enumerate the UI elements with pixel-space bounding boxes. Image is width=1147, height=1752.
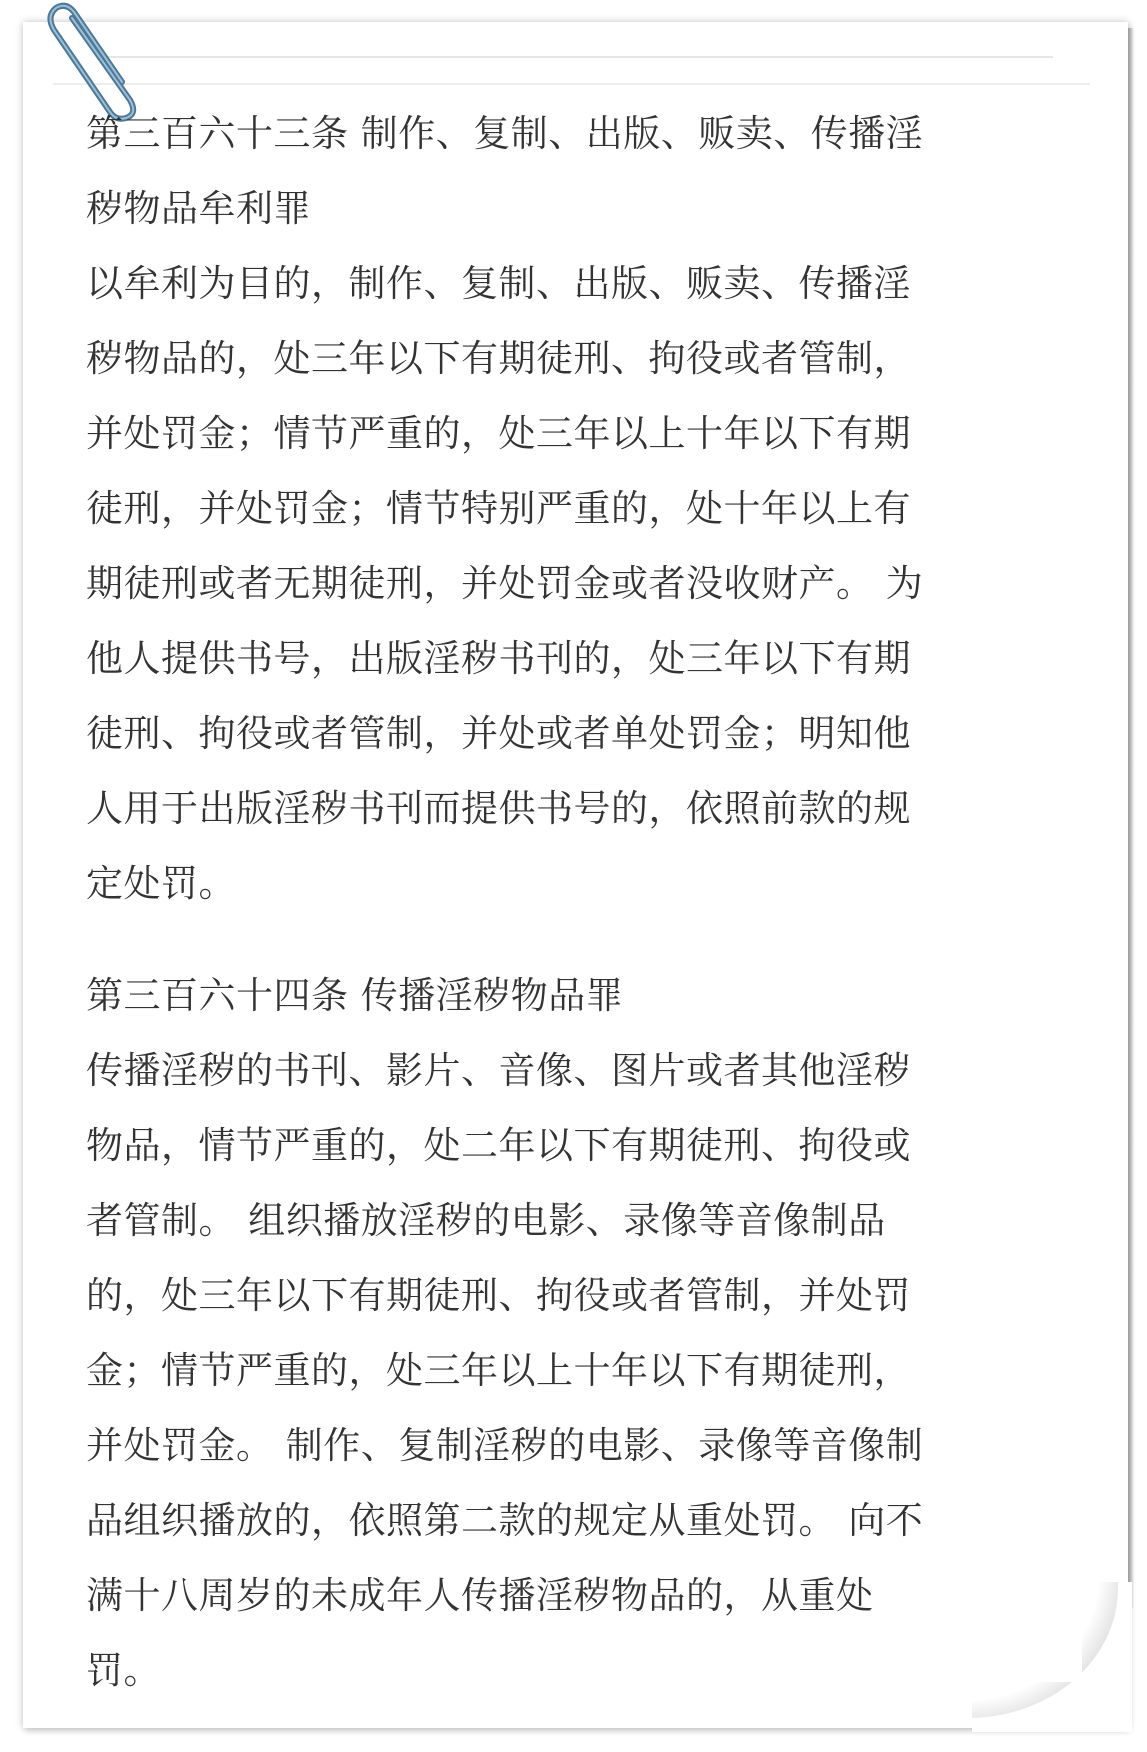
top-divider	[108, 56, 1053, 58]
article-body-line: 的，处三年以下有期徒刑、拘役或者管制，并处罚	[86, 1258, 1046, 1333]
article-364: 第三百六十四条 传播淫秽物品罪 传播淫秽的书刊、影片、音像、图片或者其他淫秽 物…	[86, 958, 1046, 1708]
article-body-line: 定处罚。	[86, 846, 1046, 921]
article-body-line: 者管制。 组织播放淫秽的电影、录像等音像制品	[86, 1183, 1046, 1258]
article-title: 第三百六十四条 传播淫秽物品罪	[86, 958, 1046, 1033]
second-divider	[53, 83, 1090, 85]
article-body-line: 传播淫秽的书刊、影片、音像、图片或者其他淫秽	[86, 1033, 1046, 1108]
article-body-line: 徒刑，并处罚金；情节特别严重的，处十年以上有	[86, 471, 1046, 546]
article-body-line: 人用于出版淫秽书刊而提供书号的，依照前款的规	[86, 771, 1046, 846]
article-title: 秽物品牟利罪	[86, 171, 1046, 246]
article-body-line: 金；情节严重的，处三年以上十年以下有期徒刑，	[86, 1333, 1046, 1408]
article-body-line: 并处罚金。 制作、复制淫秽的电影、录像等音像制	[86, 1408, 1046, 1483]
article-body-line: 他人提供书号，出版淫秽书刊的，处三年以下有期	[86, 621, 1046, 696]
article-body-line: 以牟利为目的，制作、复制、出版、贩卖、传播淫	[86, 246, 1046, 321]
paragraph-gap	[86, 921, 1046, 958]
article-body-line: 并处罚金；情节严重的，处三年以上十年以下有期	[86, 396, 1046, 471]
article-body-line: 满十八周岁的未成年人传播淫秽物品的，从重处	[86, 1558, 1046, 1633]
article-body-line: 徒刑、拘役或者管制，并处或者单处罚金；明知他	[86, 696, 1046, 771]
article-body-line: 罚。	[86, 1633, 1046, 1708]
article-body-line: 物品，情节严重的，处二年以下有期徒刑、拘役或	[86, 1108, 1046, 1183]
article-363: 第三百六十三条 制作、复制、出版、贩卖、传播淫 秽物品牟利罪 以牟利为目的，制作…	[86, 96, 1046, 921]
article-title: 第三百六十三条 制作、复制、出版、贩卖、传播淫	[86, 96, 1046, 171]
article-content: 第三百六十三条 制作、复制、出版、贩卖、传播淫 秽物品牟利罪 以牟利为目的，制作…	[86, 96, 1046, 1708]
paper-edge-shadow	[1128, 28, 1134, 1608]
article-body-line: 品组织播放的，依照第二款的规定从重处罚。 向不	[86, 1483, 1046, 1558]
article-body-line: 秽物品的，处三年以下有期徒刑、拘役或者管制，	[86, 321, 1046, 396]
article-body-line: 期徒刑或者无期徒刑，并处罚金或者没收财产。 为	[86, 546, 1046, 621]
